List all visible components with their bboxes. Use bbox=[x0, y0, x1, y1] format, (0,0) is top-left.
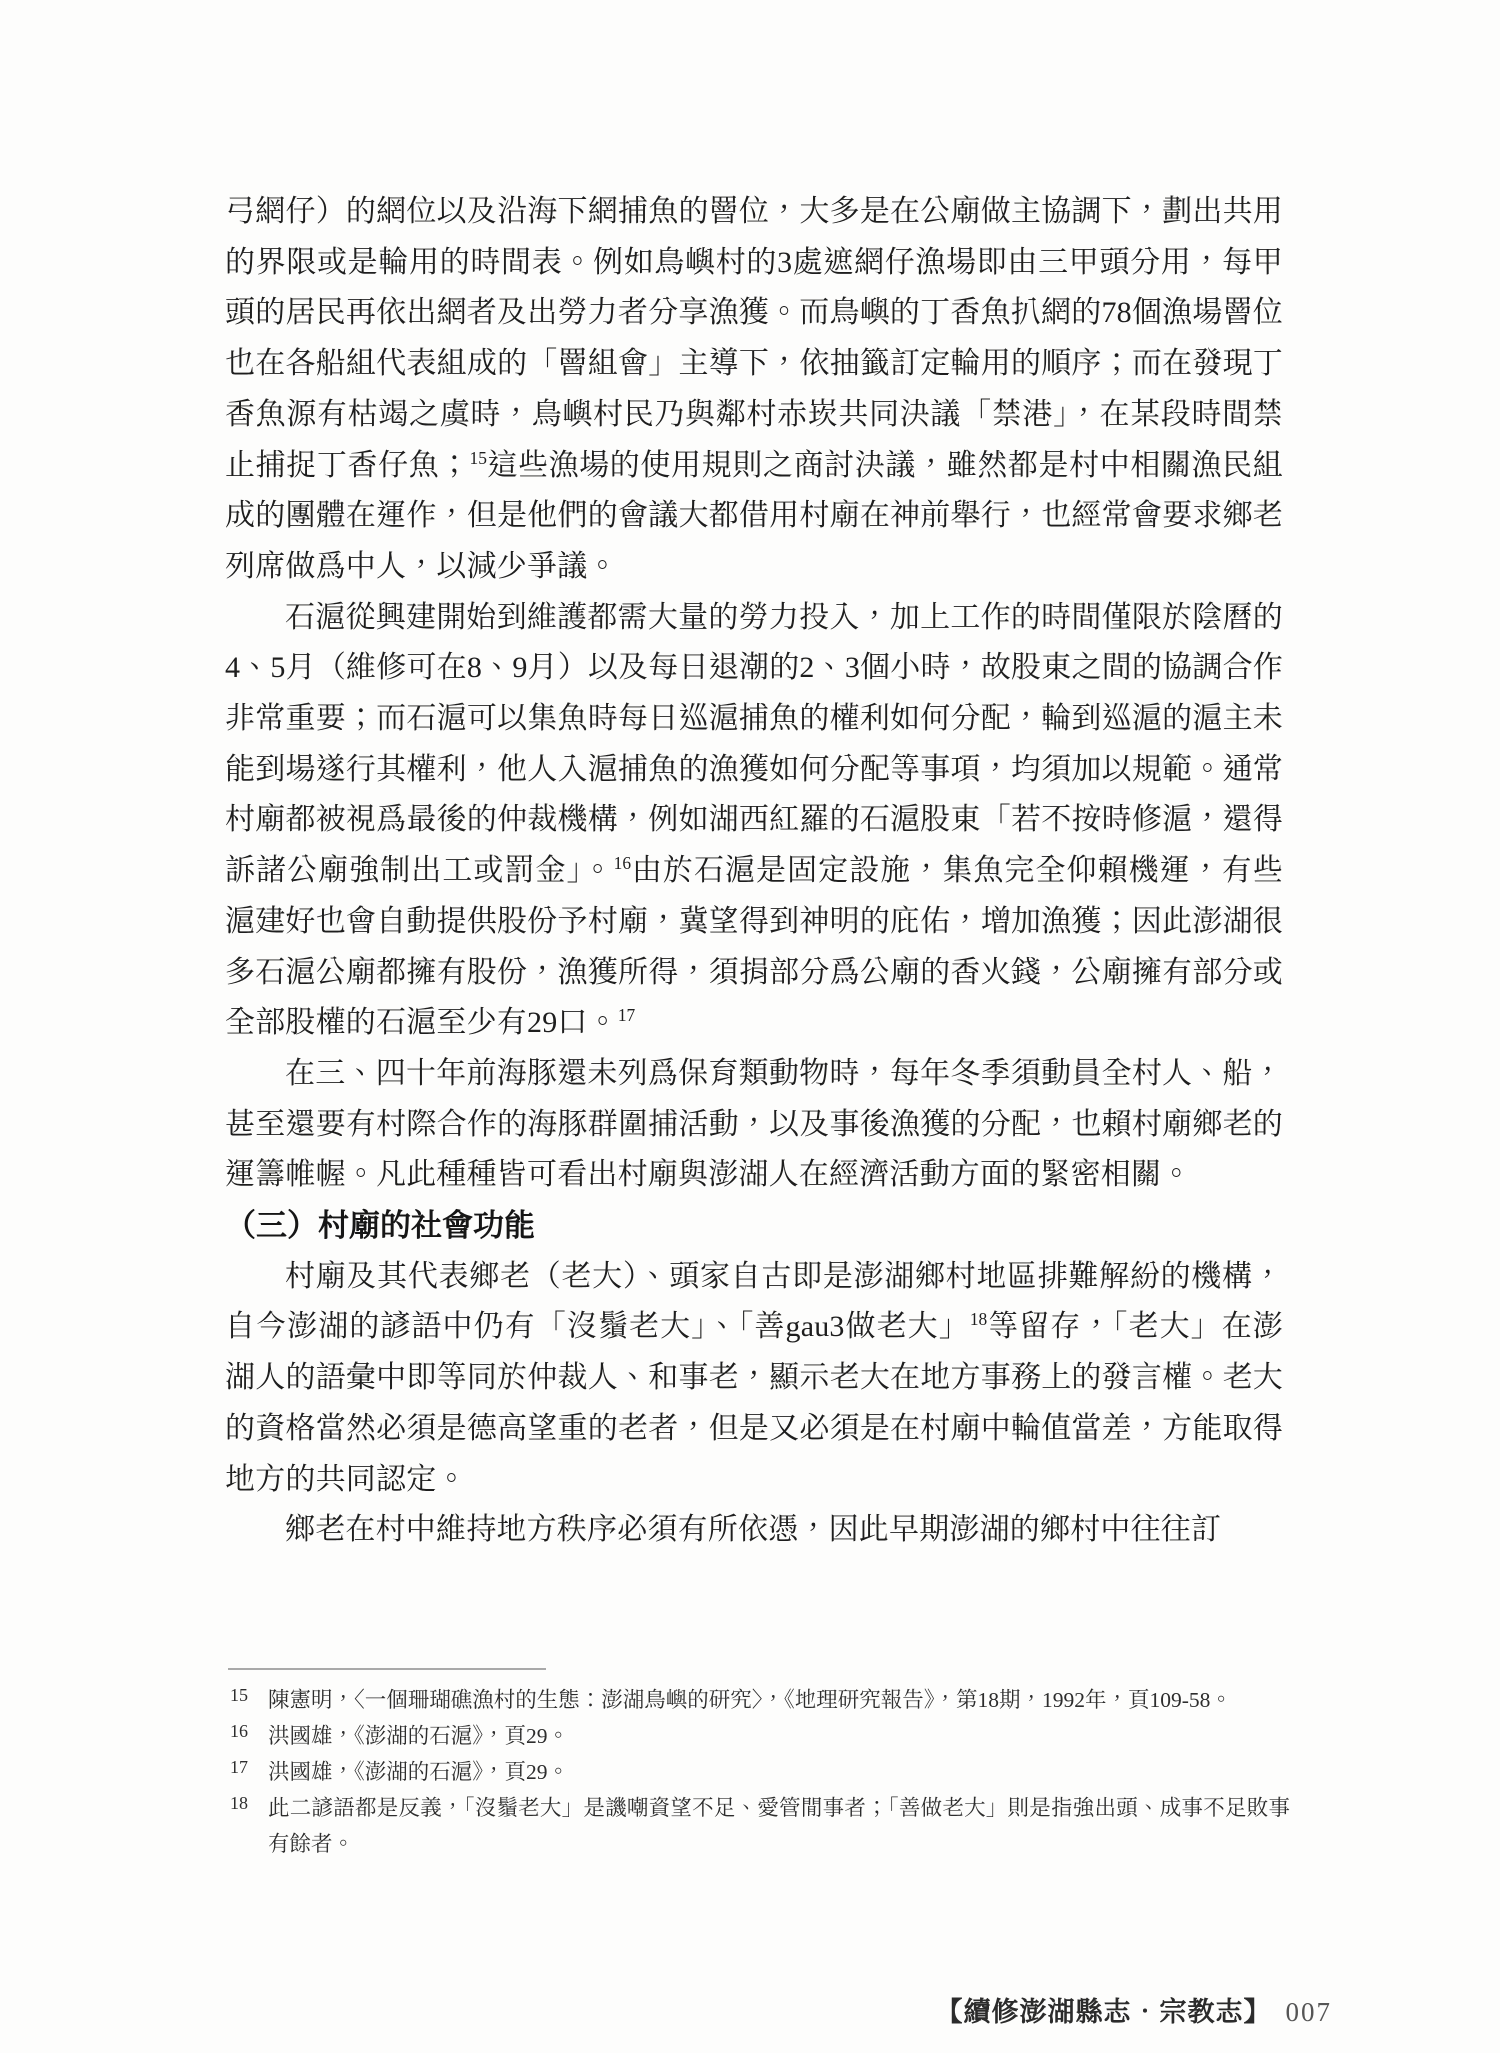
footnote-text: 洪國雄，《澎湖的石滬》，頁29。 bbox=[268, 1724, 569, 1748]
running-title: 【續修澎湖縣志‧宗教志】 bbox=[936, 1997, 1272, 2027]
footnotes-section: 15陳憲明，〈一個珊瑚礁漁村的生態：澎湖鳥嶼的研究〉，《地理研究報告》，第18期… bbox=[228, 1668, 1290, 1862]
footnote: 16洪國雄，《澎湖的石滬》，頁29。 bbox=[228, 1718, 1290, 1754]
footnote-text: 陳憲明，〈一個珊瑚礁漁村的生態：澎湖鳥嶼的研究〉，《地理研究報告》，第18期，1… bbox=[268, 1688, 1232, 1712]
body-paragraph: 村廟及其代表鄉老（老大）、頭家自古即是澎湖鄉村地區排難解紛的機構，自今澎湖的諺語… bbox=[225, 1252, 1283, 1506]
footnote-number: 17 bbox=[230, 1749, 248, 1785]
footnote-number: 18 bbox=[230, 1785, 248, 1821]
footnote: 17洪國雄，《澎湖的石滬》，頁29。 bbox=[228, 1754, 1290, 1790]
footnote-number: 16 bbox=[230, 1713, 248, 1749]
footnote-text: 洪國雄，《澎湖的石滬》，頁29。 bbox=[268, 1760, 569, 1784]
page-number: 007 bbox=[1286, 1997, 1333, 2027]
body-paragraph: 鄉老在村中維持地方秩序必須有所依憑，因此早期澎湖的鄉村中往往訂 bbox=[225, 1505, 1283, 1556]
page-body: 弓網仔）的網位以及沿海下網捕魚的罾位，大多是在公廟做主協調下，劃出共用的界限或是… bbox=[225, 187, 1283, 1556]
footnote-text: 此二諺語都是反義，「沒鬚老大」是譏嘲資望不足、愛管閒事者；「善做老大」則是指強出… bbox=[268, 1796, 1290, 1856]
footnote-ref: 18 bbox=[970, 1309, 987, 1329]
page-footer: 【續修澎湖縣志‧宗教志】007 bbox=[936, 1990, 1333, 2029]
footnote-separator bbox=[228, 1668, 546, 1670]
section-heading: （三）村廟的社會功能 bbox=[225, 1201, 1283, 1252]
footnote-ref: 15 bbox=[470, 448, 487, 468]
footnote-number: 15 bbox=[230, 1677, 248, 1713]
footnote-ref: 17 bbox=[618, 1005, 635, 1025]
footnote: 15陳憲明，〈一個珊瑚礁漁村的生態：澎湖鳥嶼的研究〉，《地理研究報告》，第18期… bbox=[228, 1682, 1290, 1718]
document-page: 弓網仔）的網位以及沿海下網捕魚的罾位，大多是在公廟做主協調下，劃出共用的界限或是… bbox=[0, 0, 1500, 2053]
body-paragraph: 石滬從興建開始到維護都需大量的勞力投入，加上工作的時間僅限於陰曆的4、5月（維修… bbox=[225, 593, 1283, 1049]
footnote-list: 15陳憲明，〈一個珊瑚礁漁村的生態：澎湖鳥嶼的研究〉，《地理研究報告》，第18期… bbox=[228, 1682, 1290, 1862]
body-paragraph: 在三、四十年前海豚還未列爲保育類動物時，每年冬季須動員全村人、船，甚至還要有村際… bbox=[225, 1049, 1283, 1201]
footnote-ref: 16 bbox=[614, 853, 631, 873]
footnote: 18此二諺語都是反義，「沒鬚老大」是譏嘲資望不足、愛管閒事者；「善做老大」則是指… bbox=[228, 1790, 1290, 1862]
body-paragraph: 弓網仔）的網位以及沿海下網捕魚的罾位，大多是在公廟做主協調下，劃出共用的界限或是… bbox=[225, 187, 1283, 593]
